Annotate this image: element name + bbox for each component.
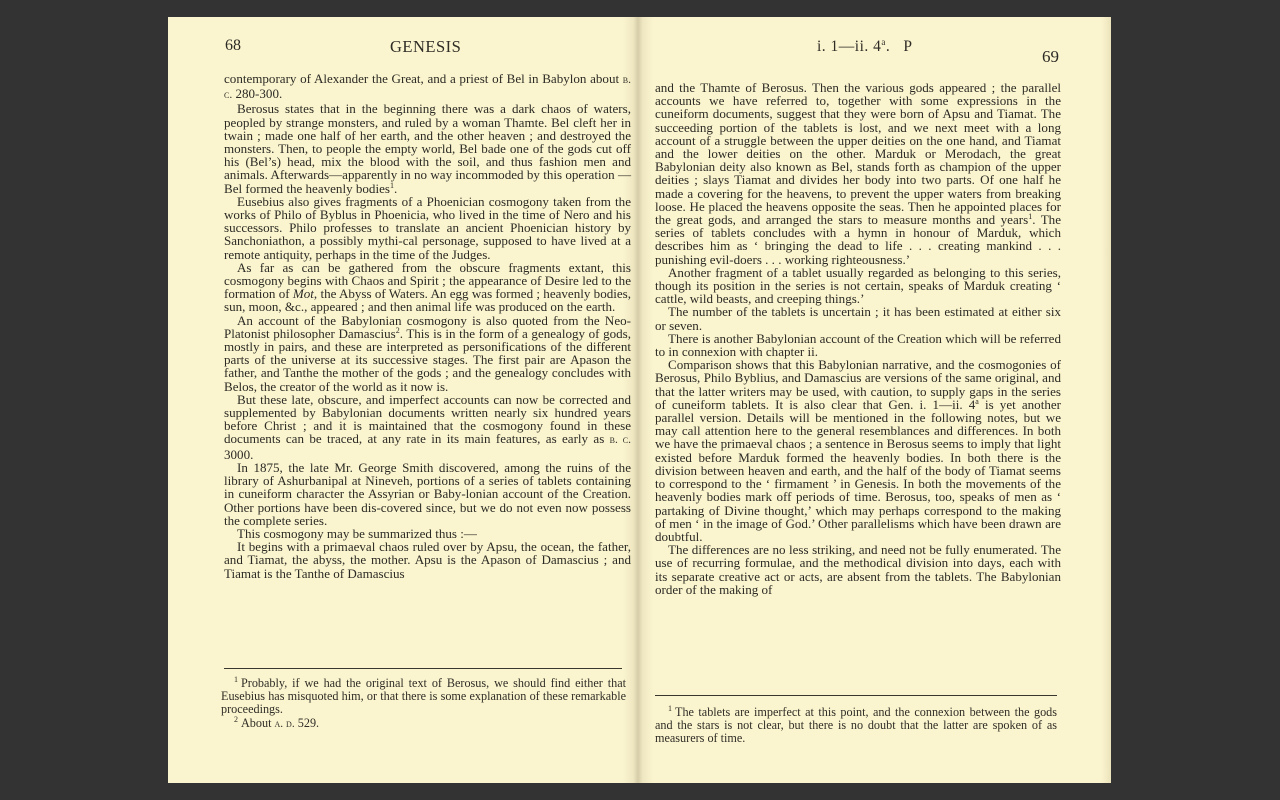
document-viewer: 68 GENESIS contemporary of Alexander the… [0, 0, 1280, 800]
paragraph: and the Thamte of Berosus. Then the vari… [655, 81, 1061, 266]
text-run: Another fragment of a tablet usually reg… [655, 265, 1061, 306]
footnotes: 1The tablets are imperfect at this point… [655, 706, 1057, 746]
page-body: contemporary of Alexander the Great, and… [224, 72, 631, 580]
footnotes: 1Probably, if we had the original text o… [221, 677, 626, 731]
text-run: The number of the tablets is uncertain ;… [655, 304, 1061, 332]
left-page: 68 GENESIS contemporary of Alexander the… [168, 17, 638, 783]
text-run: is yet another parallel version. Details… [655, 397, 1061, 544]
text-run: 529. [295, 716, 319, 730]
page-body: and the Thamte of Berosus. Then the vari… [655, 81, 1061, 596]
right-page: i. 1—ii. 4a. P 69 and the Thamte of Bero… [640, 17, 1111, 783]
paragraph: The differences are no less striking, an… [655, 543, 1061, 596]
footnote: 1Probably, if we had the original text o… [221, 677, 626, 717]
paragraph: The number of the tablets is uncertain ;… [655, 305, 1061, 331]
date-era: b. c. [610, 434, 631, 446]
paragraph: Eusebius also gives fragments of a Phoen… [224, 195, 631, 261]
paragraph: But these late, obscure, and imperfect a… [224, 393, 631, 461]
text-run: Eusebius also gives fragments of a Phoen… [224, 194, 631, 262]
running-head-source: . P [886, 38, 913, 55]
text-run: 280-300. [232, 86, 282, 101]
footnote-mark: 1 [234, 675, 238, 684]
paragraph: It begins with a primaeval chaos ruled o… [224, 540, 631, 580]
footnote-text: Probably, if we had the original text of… [221, 676, 626, 716]
page-number: 69 [1042, 47, 1059, 67]
footnote-text: The tablets are imperfect at this point,… [655, 705, 1057, 745]
paragraph: Berosus states that in the beginning the… [224, 102, 631, 194]
paragraph: Another fragment of a tablet usually reg… [655, 266, 1061, 306]
text-run: Berosus states that in the beginning the… [224, 101, 631, 195]
running-head: i. 1—ii. 4a. P [817, 37, 913, 57]
text-run: There is another Babylonian account of t… [655, 331, 1061, 359]
text-run: The differences are no less striking, an… [655, 542, 1061, 597]
footnote: 2About a. d. 529. [221, 717, 626, 731]
paragraph: Comparison shows that this Babylonian na… [655, 358, 1061, 543]
footnote-mark: 2 [234, 715, 238, 724]
text-run: But these late, obscure, and imperfect a… [224, 392, 631, 447]
running-head: GENESIS [390, 37, 461, 57]
paragraph: There is another Babylonian account of t… [655, 332, 1061, 358]
footnote: 1The tablets are imperfect at this point… [655, 706, 1057, 746]
footnote-mark: 1 [668, 704, 672, 713]
book-spread: 68 GENESIS contemporary of Alexander the… [168, 17, 1111, 783]
footnote-rule [224, 668, 622, 669]
text-run: In 1875, the late Mr. George Smith disco… [224, 460, 631, 528]
date-era: a. d. [275, 718, 295, 730]
text-run: It begins with a primaeval chaos ruled o… [224, 539, 631, 580]
footnote-rule [655, 695, 1057, 696]
paragraph: In 1875, the late Mr. George Smith disco… [224, 461, 631, 527]
paragraph: contemporary of Alexander the Great, and… [224, 72, 631, 102]
text-run: contemporary of Alexander the Great, and… [224, 71, 623, 86]
running-head-reference: i. 1—ii. 4 [817, 38, 881, 55]
text-run: About [241, 716, 275, 730]
page-number: 68 [225, 37, 241, 55]
paragraph: An account of the Babylonian cosmogony i… [224, 314, 631, 393]
paragraph: As far as can be gathered from the obscu… [224, 261, 631, 314]
text-run: and the Thamte of Berosus. Then the vari… [655, 80, 1061, 227]
